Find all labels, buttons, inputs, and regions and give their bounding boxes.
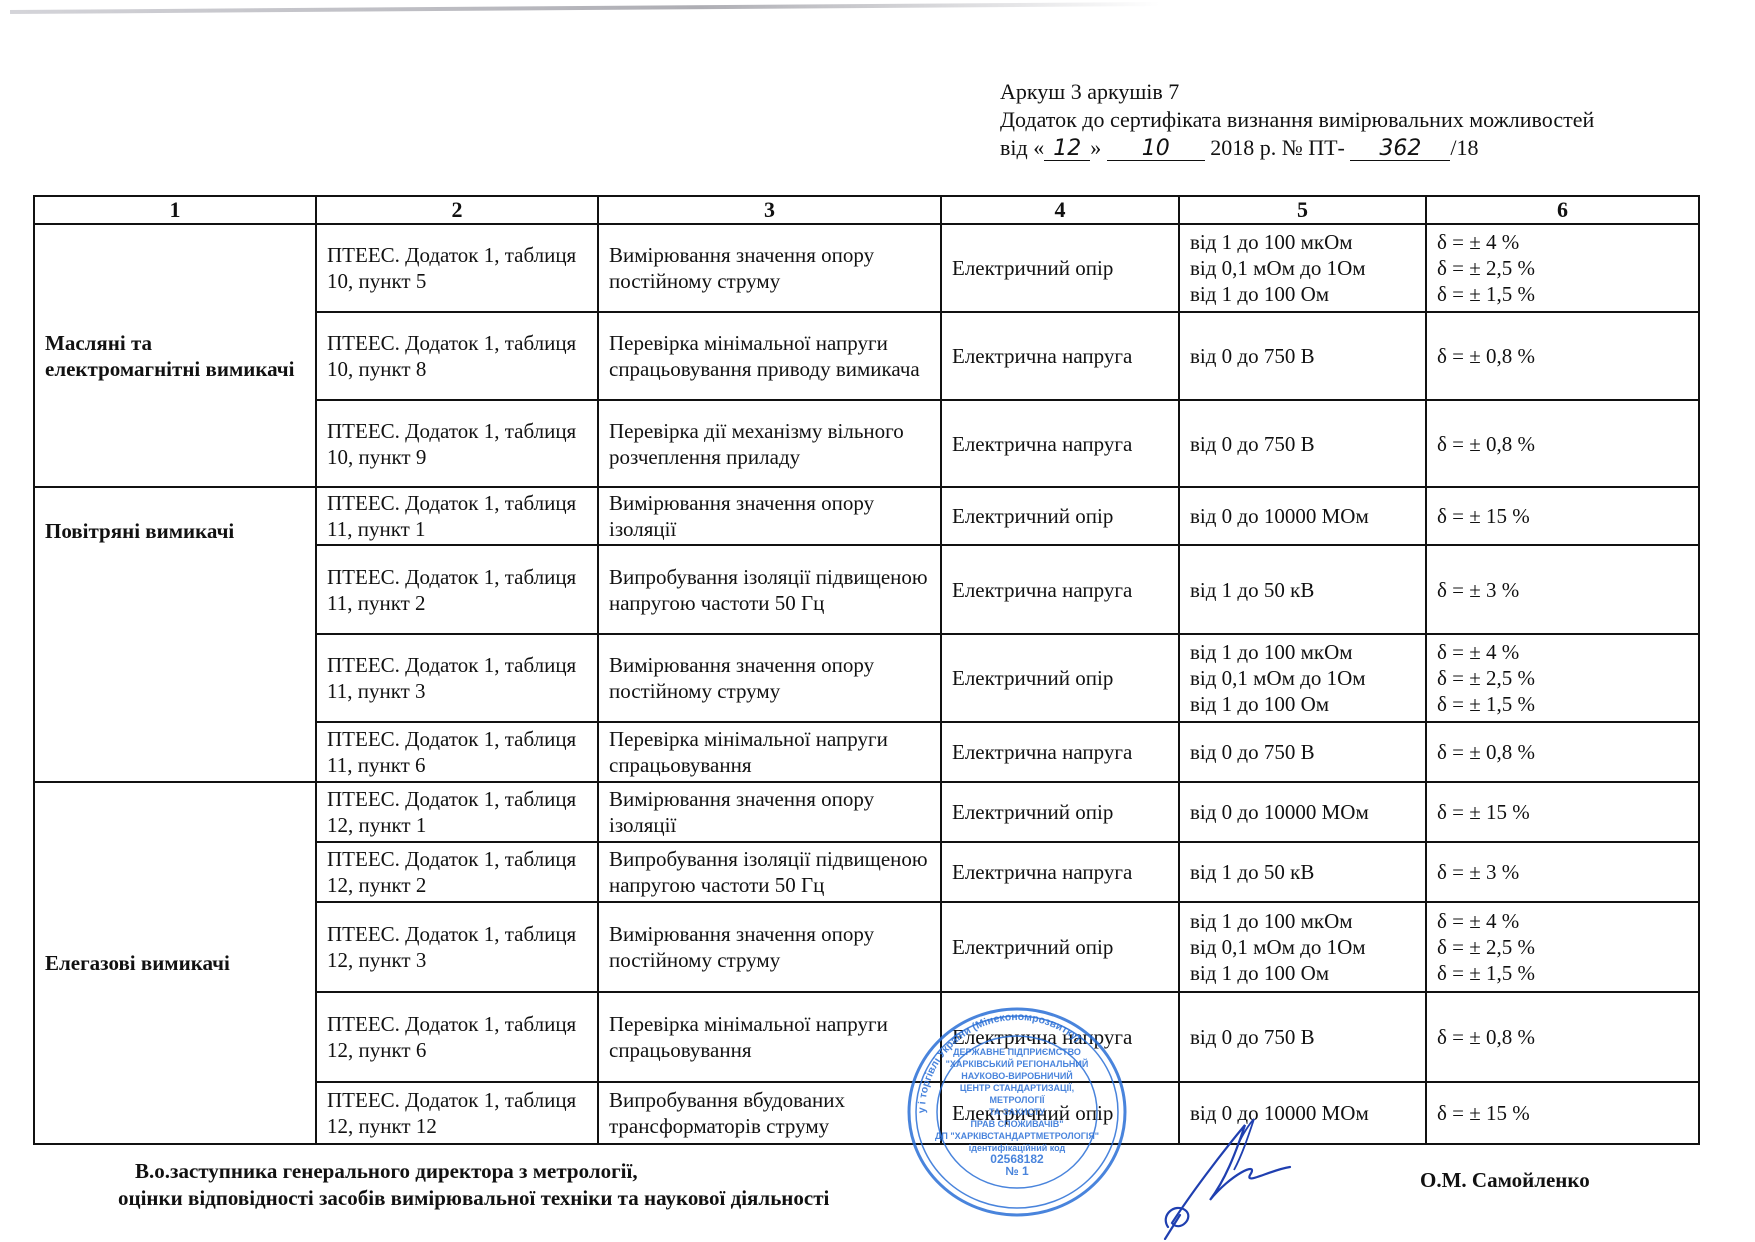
range-cell: від 0 до 750 В [1179,400,1426,487]
accuracy-cell-line: δ = ± 15 % [1437,1100,1688,1126]
official-stamp-icon: Міністерство економічного розвитку і тор… [905,1005,1130,1220]
signatory-name: О.М. Самойленко [1420,1168,1590,1193]
accuracy-cell: δ = ± 0,8 % [1426,992,1699,1082]
table-row: Елегазові вимикачіПТЕЕС. Додаток 1, табл… [34,782,1699,842]
range-cell-line: від 0 до 750 В [1190,739,1415,765]
regulatory-document-cell: ПТЕЕС. Додаток 1, таблиця 11, пункт 2 [316,545,598,634]
quantity-cell: Електрична напруга [941,722,1179,782]
range-cell: від 0 до 750 В [1179,312,1426,400]
range-cell-line: від 1 до 100 Ом [1190,281,1415,307]
accuracy-cell: δ = ± 0,8 % [1426,400,1699,487]
range-cell: від 1 до 100 мкОмвід 0,1 мОм до 1Омвід 1… [1179,224,1426,312]
quantity-cell: Електричний опір [941,902,1179,992]
range-cell-line: від 1 до 100 мкОм [1190,229,1415,255]
accuracy-cell-line: δ = ± 2,5 % [1437,255,1688,281]
method-cell: Випробування ізоляції підвищеною напруго… [598,842,941,902]
accuracy-cell: δ = ± 4 %δ = ± 2,5 %δ = ± 1,5 % [1426,224,1699,312]
range-cell-line: від 1 до 100 Ом [1190,960,1415,986]
range-cell-line: від 0,1 мОм до 1Ом [1190,665,1415,691]
accuracy-cell-line: δ = ± 4 % [1437,639,1688,665]
range-cell-line: від 0 до 750 В [1190,1024,1415,1050]
svg-text:ДЕРЖАВНЕ ПІДПРИЄМСТВО: ДЕРЖАВНЕ ПІДПРИЄМСТВО [953,1047,1081,1057]
range-cell: від 0 до 750 В [1179,992,1426,1082]
svg-text:№ 1: № 1 [1005,1164,1029,1178]
quantity-cell: Електрична напруга [941,545,1179,634]
method-cell: Вимірювання значення опору постійному ст… [598,224,941,312]
accuracy-cell-line: δ = ± 3 % [1437,577,1688,603]
method-cell: Випробування ізоляції підвищеною напруго… [598,545,941,634]
position-line-2: оцінки відповідності засобів вимірювальн… [118,1185,829,1212]
quantity-cell: Електричний опір [941,782,1179,842]
measurement-capabilities-table: 1 2 3 4 5 6 Масляні та електромагнітні в… [33,195,1700,1145]
svg-text:ТА ЗАХИСТУ: ТА ЗАХИСТУ [989,1107,1045,1117]
range-cell-line: від 1 до 100 мкОм [1190,639,1415,665]
svg-text:МЕТРОЛОГІЇ: МЕТРОЛОГІЇ [989,1095,1045,1105]
svg-text:"ХАРКІВСЬКИЙ РЕГІОНАЛЬНИЙ: "ХАРКІВСЬКИЙ РЕГІОНАЛЬНИЙ [946,1058,1089,1069]
accuracy-cell-line: δ = ± 15 % [1437,799,1688,825]
quantity-cell: Електричний опір [941,487,1179,545]
accuracy-cell: δ = ± 15 % [1426,487,1699,545]
scan-artifact-line [10,2,1160,14]
svg-text:ПРАВ СПОЖИВАЧІВ": ПРАВ СПОЖИВАЧІВ" [970,1119,1063,1129]
table-row: Повітряні вимикачіПТЕЕС. Додаток 1, табл… [34,487,1699,545]
accuracy-cell-line: δ = ± 0,8 % [1437,343,1688,369]
range-cell-line: від 0 до 750 В [1190,343,1415,369]
accuracy-cell-line: δ = ± 2,5 % [1437,665,1688,691]
accuracy-cell-line: δ = ± 1,5 % [1437,691,1688,717]
accuracy-cell: δ = ± 15 % [1426,1082,1699,1144]
svg-text:НАУКОВО-ВИРОБНИЧИЙ: НАУКОВО-ВИРОБНИЧИЙ [961,1070,1073,1081]
column-header: 3 [598,196,941,224]
signature-icon [1150,1115,1300,1240]
method-cell: Перевірка мінімальної напруги спрацьовув… [598,992,941,1082]
column-header: 4 [941,196,1179,224]
accuracy-cell-line: δ = ± 1,5 % [1437,281,1688,307]
table-body: Масляні та електромагнітні вимикачіПТЕЕС… [34,224,1699,1144]
method-cell: Вимірювання значення опору ізоляції [598,782,941,842]
range-cell-line: від 0 до 10000 МОм [1190,799,1415,825]
accuracy-cell: δ = ± 3 % [1426,545,1699,634]
accuracy-cell-line: δ = ± 15 % [1437,503,1688,529]
certificate-date-line: від «12» 10 2018 р. № ПТ- 362/18 [1000,134,1594,162]
range-cell: від 1 до 50 кВ [1179,545,1426,634]
appendix-title: Додаток до сертифіката визнання вимірюва… [1000,106,1594,134]
quantity-cell: Електрична напруга [941,312,1179,400]
range-cell: від 0 до 10000 МОм [1179,782,1426,842]
signatory-position: В.о.заступника генерального директора з … [135,1158,829,1212]
method-cell: Перевірка мінімальної напруги спрацьовув… [598,722,941,782]
accuracy-cell-line: δ = ± 1,5 % [1437,960,1688,986]
regulatory-document-cell: ПТЕЕС. Додаток 1, таблиця 11, пункт 3 [316,634,598,722]
quantity-cell: Електрична напруга [941,842,1179,902]
accuracy-cell-line: δ = ± 2,5 % [1437,934,1688,960]
handwritten-certificate-number: 362 [1350,138,1450,161]
range-cell-line: від 0 до 10000 МОм [1190,503,1415,529]
range-cell-line: від 0,1 мОм до 1Ом [1190,934,1415,960]
range-cell-line: від 0,1 мОм до 1Ом [1190,255,1415,281]
column-header: 2 [316,196,598,224]
range-cell: від 0 до 10000 МОм [1179,487,1426,545]
accuracy-cell-line: δ = ± 0,8 % [1437,1024,1688,1050]
document-header: Аркуш 3 аркушів 7 Додаток до сертифіката… [1000,78,1594,162]
method-cell: Випробування вбудованих трансформаторів … [598,1082,941,1144]
regulatory-document-cell: ПТЕЕС. Додаток 1, таблиця 10, пункт 8 [316,312,598,400]
quantity-cell: Електричний опір [941,634,1179,722]
regulatory-document-cell: ПТЕЕС. Додаток 1, таблиця 12, пункт 6 [316,992,598,1082]
accuracy-cell-line: δ = ± 4 % [1437,229,1688,255]
accuracy-cell: δ = ± 4 %δ = ± 2,5 %δ = ± 1,5 % [1426,634,1699,722]
category-cell: Повітряні вимикачі [34,487,316,782]
range-cell-line: від 1 до 100 мкОм [1190,908,1415,934]
category-cell: Масляні та електромагнітні вимикачі [34,224,316,487]
range-cell-line: від 0 до 750 В [1190,431,1415,457]
method-cell: Перевірка мінімальної напруги спрацьовув… [598,312,941,400]
range-cell: від 1 до 100 мкОмвід 0,1 мОм до 1Омвід 1… [1179,902,1426,992]
method-cell: Перевірка дії механізму вільного розчепл… [598,400,941,487]
regulatory-document-cell: ПТЕЕС. Додаток 1, таблиця 12, пункт 12 [316,1082,598,1144]
regulatory-document-cell: ПТЕЕС. Додаток 1, таблиця 11, пункт 6 [316,722,598,782]
column-header: 5 [1179,196,1426,224]
accuracy-cell: δ = ± 3 % [1426,842,1699,902]
regulatory-document-cell: ПТЕЕС. Додаток 1, таблиця 12, пункт 2 [316,842,598,902]
accuracy-cell-line: δ = ± 0,8 % [1437,431,1688,457]
column-header: 1 [34,196,316,224]
svg-text:ДП "ХАРКІВСТАНДАРТМЕТРОЛОГІЯ": ДП "ХАРКІВСТАНДАРТМЕТРОЛОГІЯ" [935,1131,1099,1141]
regulatory-document-cell: ПТЕЕС. Додаток 1, таблиця 11, пункт 1 [316,487,598,545]
quantity-cell: Електричний опір [941,224,1179,312]
accuracy-cell: δ = ± 15 % [1426,782,1699,842]
range-cell: від 1 до 100 мкОмвід 0,1 мОм до 1Омвід 1… [1179,634,1426,722]
method-cell: Вимірювання значення опору ізоляції [598,487,941,545]
column-number-header: 1 2 3 4 5 6 [34,196,1699,224]
position-line-1: В.о.заступника генерального директора з … [135,1158,829,1185]
column-header: 6 [1426,196,1699,224]
range-cell: від 1 до 50 кВ [1179,842,1426,902]
table-row: Масляні та електромагнітні вимикачіПТЕЕС… [34,224,1699,312]
category-cell: Елегазові вимикачі [34,782,316,1144]
accuracy-cell-line: δ = ± 3 % [1437,859,1688,885]
accuracy-cell: δ = ± 4 %δ = ± 2,5 %δ = ± 1,5 % [1426,902,1699,992]
accuracy-cell-line: δ = ± 4 % [1437,908,1688,934]
accuracy-cell: δ = ± 0,8 % [1426,312,1699,400]
range-cell-line: від 1 до 100 Ом [1190,691,1415,717]
svg-text:ЦЕНТР СТАНДАРТИЗАЦІЇ,: ЦЕНТР СТАНДАРТИЗАЦІЇ, [960,1083,1074,1093]
quantity-cell: Електрична напруга [941,400,1179,487]
regulatory-document-cell: ПТЕЕС. Додаток 1, таблиця 10, пункт 9 [316,400,598,487]
regulatory-document-cell: ПТЕЕС. Додаток 1, таблиця 12, пункт 3 [316,902,598,992]
range-cell-line: від 1 до 50 кВ [1190,577,1415,603]
accuracy-cell: δ = ± 0,8 % [1426,722,1699,782]
handwritten-month: 10 [1107,138,1205,161]
accuracy-cell-line: δ = ± 0,8 % [1437,739,1688,765]
range-cell-line: від 1 до 50 кВ [1190,859,1415,885]
method-cell: Вимірювання значення опору постійному ст… [598,902,941,992]
sheet-number: Аркуш 3 аркушів 7 [1000,78,1594,106]
regulatory-document-cell: ПТЕЕС. Додаток 1, таблиця 12, пункт 1 [316,782,598,842]
handwritten-day: 12 [1044,138,1090,161]
range-cell: від 0 до 750 В [1179,722,1426,782]
regulatory-document-cell: ПТЕЕС. Додаток 1, таблиця 10, пункт 5 [316,224,598,312]
method-cell: Вимірювання значення опору постійному ст… [598,634,941,722]
